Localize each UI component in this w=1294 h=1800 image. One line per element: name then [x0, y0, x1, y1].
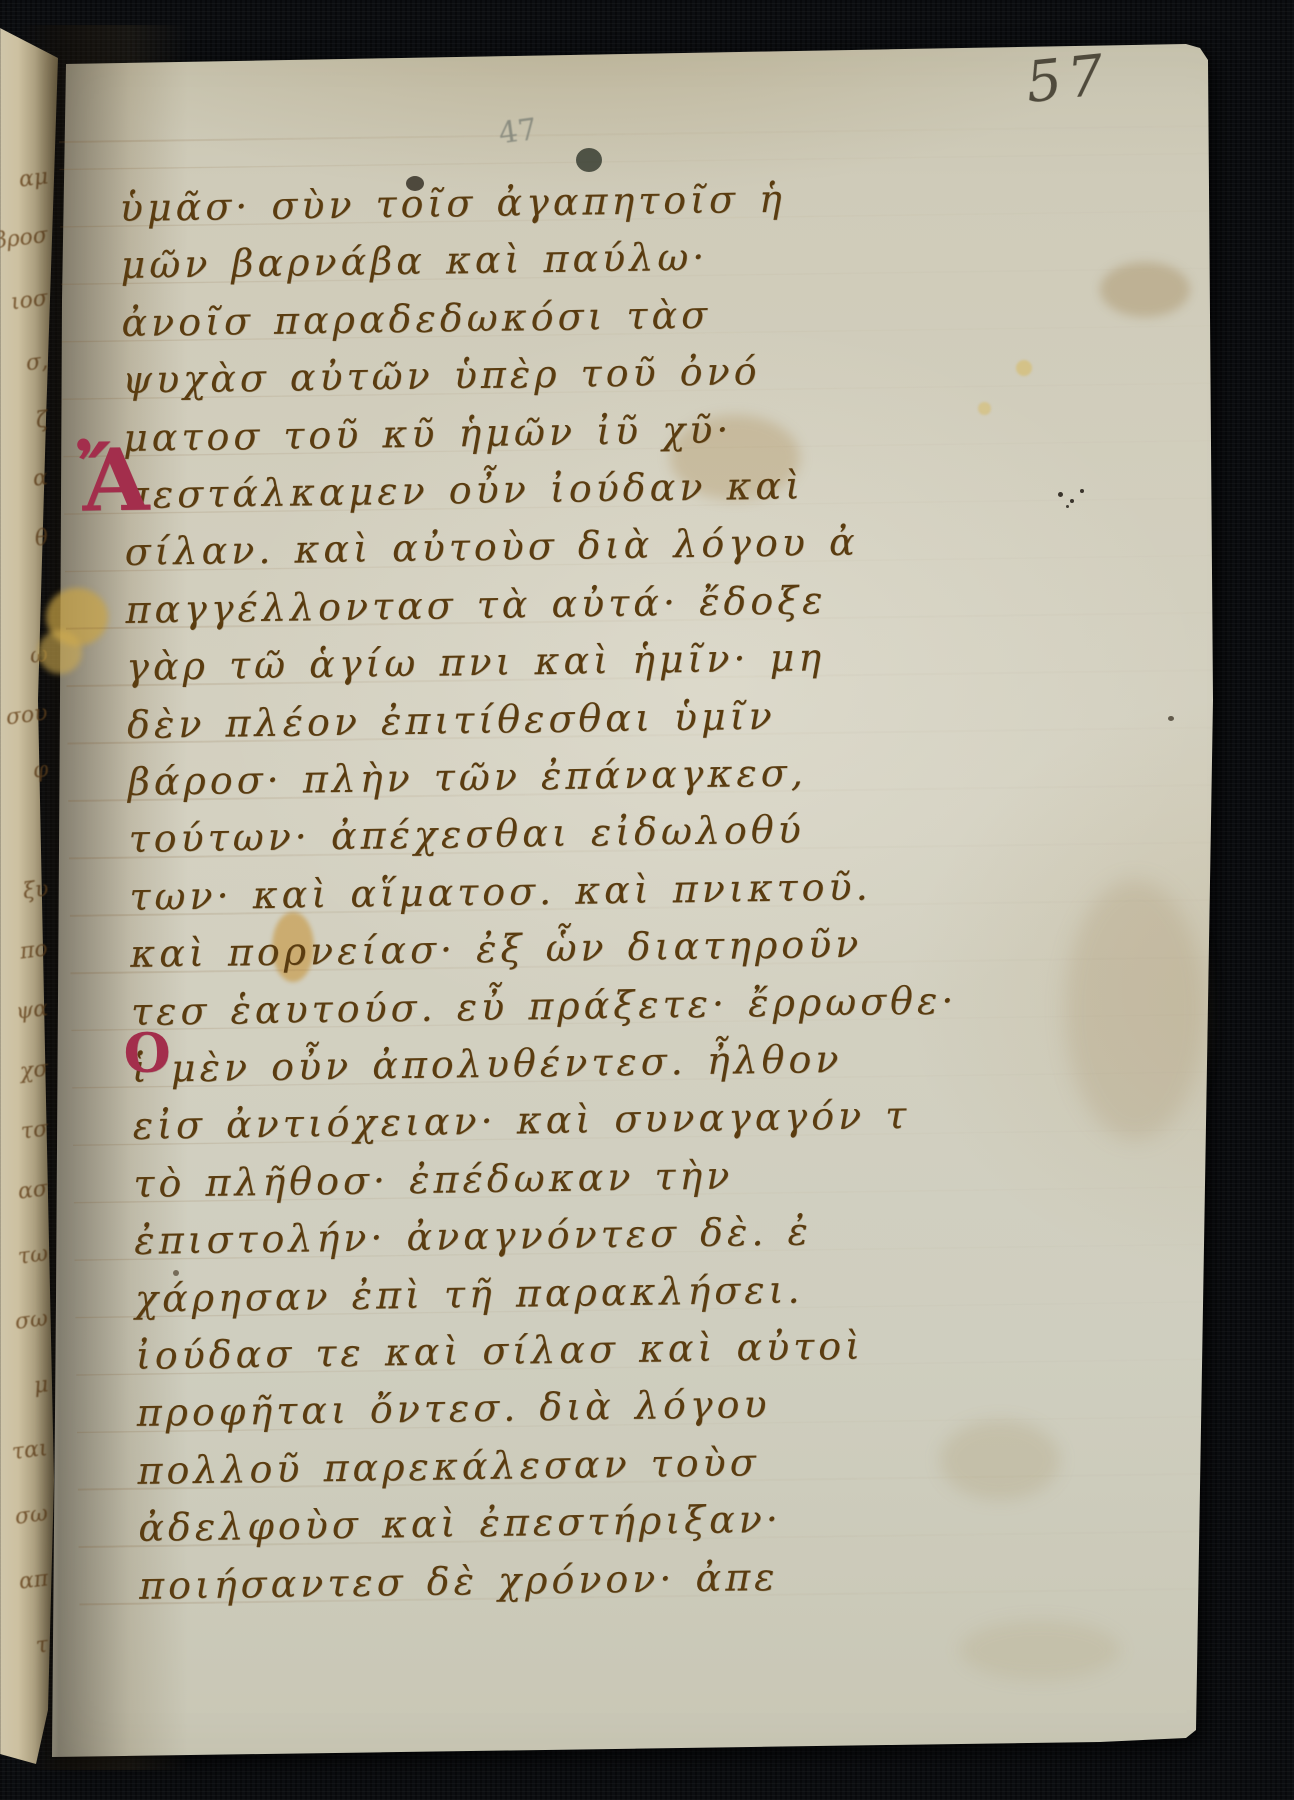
- speck-layer: [0, 0, 1294, 1800]
- ink-speck: [1058, 492, 1063, 497]
- ink-speck: [173, 1270, 179, 1276]
- ink-speck: [1080, 489, 1084, 493]
- ink-speck: [576, 148, 602, 172]
- ink-speck: [1070, 499, 1074, 503]
- photo-background: αμβροσιοσσ,ζαθωσουφξυποψαχστσαστωσωμταισ…: [0, 0, 1294, 1800]
- ink-speck: [1168, 716, 1174, 721]
- ink-speck: [406, 176, 424, 191]
- ink-speck: [1066, 505, 1069, 508]
